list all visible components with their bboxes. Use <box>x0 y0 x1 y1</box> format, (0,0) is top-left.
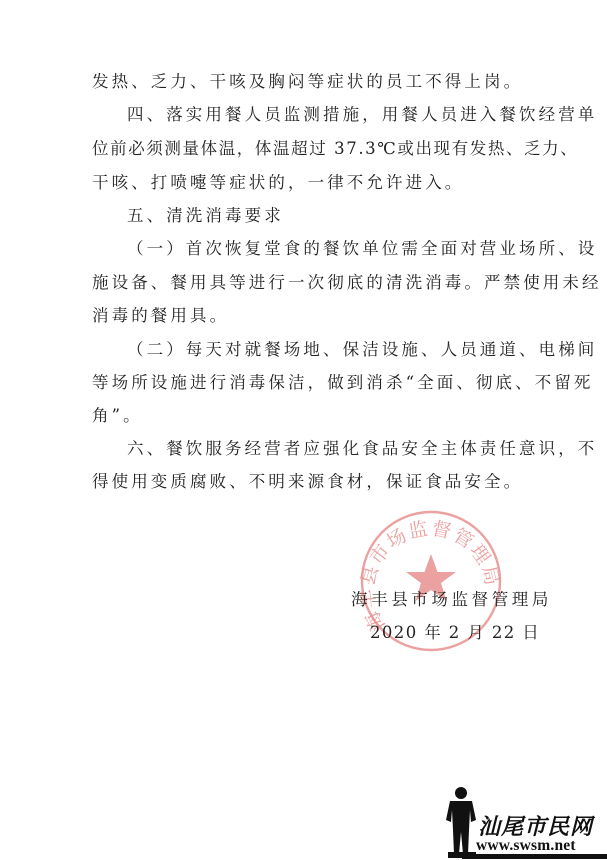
issue-date: 2020 年 2 月 22 日 <box>370 622 540 644</box>
section-6-line-2: 得使用变质腐败、不明来源食材，保证食品安全。 <box>92 471 528 493</box>
issuing-organization: 海丰县市场监督管理局 <box>351 589 552 611</box>
section-5-item-1-line-2: 施设备、餐用具等进行一次彻底的清洗消毒。严禁使用未经 <box>92 272 528 294</box>
watermark-underline <box>462 854 607 859</box>
section-5-item-1-line-1: （一）首次恢复堂食的餐饮单位需全面对营业场所、设 <box>127 238 528 260</box>
site-watermark: 汕尾市民网 www.swsm.net <box>440 782 607 860</box>
section-4-line-1: 四、落实用餐人员监测措施，用餐人员进入餐饮经营单 <box>127 104 528 126</box>
section-5-item-2-line-3: 角”。 <box>92 405 528 427</box>
section-5-heading: 五、清洗消毒要求 <box>127 205 528 227</box>
person-silhouette-icon <box>442 786 480 858</box>
section-6-line-1: 六、餐饮服务经营者应强化食品安全主体责任意识，不 <box>127 438 528 460</box>
watermark-url: www.swsm.net <box>476 837 576 855</box>
section-4-line-3: 干咳、打喷嚏等症状的，一律不允许进入。 <box>92 172 528 194</box>
section-4-line-2: 位前必须测量体温，体温超过 37.3℃或出现有发热、乏力、 <box>92 138 528 160</box>
document-page: 发热、乏力、干咳及胸闷等症状的员工不得上岗。 四、落实用餐人员监测措施，用餐人员… <box>0 0 607 860</box>
section-5-item-2-line-2: 等场所设施进行消毒保洁，做到消杀“全面、彻底、不留死 <box>92 372 528 394</box>
section-5-item-2-line-1: （二）每天对就餐场地、保洁设施、人员通道、电梯间 <box>127 339 528 361</box>
section-5-item-1-line-3: 消毒的餐用具。 <box>92 305 528 327</box>
body-line-1: 发热、乏力、干咳及胸闷等症状的员工不得上岗。 <box>92 71 528 93</box>
